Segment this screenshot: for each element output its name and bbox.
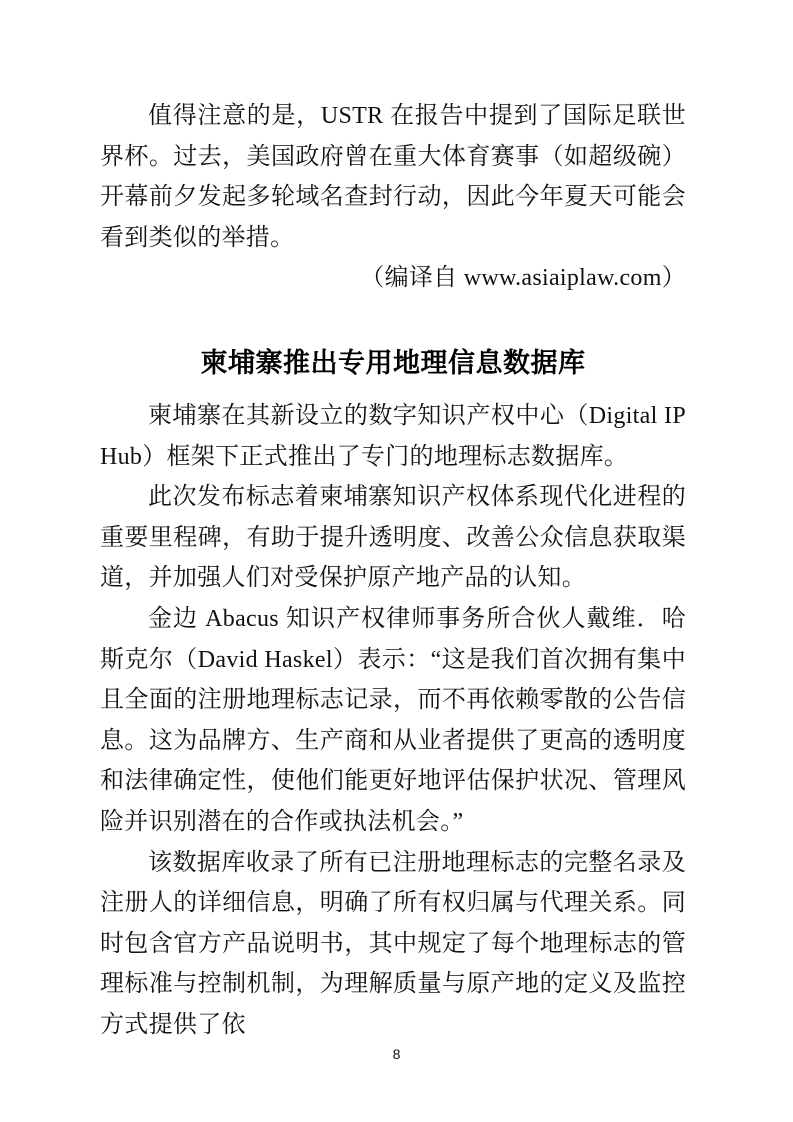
page-number: 8	[393, 1046, 401, 1062]
attribution-line: （编译自 www.asiaiplaw.com）	[100, 258, 686, 299]
article-paragraph-1: 柬埔寨在其新设立的数字知识产权中心（Digital IP Hub）框架下正式推出…	[100, 396, 686, 477]
page-content: 值得注意的是，USTR 在报告中提到了国际足联世界杯。过去，美国政府曾在重大体育…	[100, 96, 686, 1045]
article-paragraph-4: 该数据库收录了所有已注册地理标志的完整名录及注册人的详细信息，明确了所有权归属与…	[100, 843, 686, 1046]
previous-article-closing-paragraph: 值得注意的是，USTR 在报告中提到了国际足联世界杯。过去，美国政府曾在重大体育…	[100, 96, 686, 258]
article-title: 柬埔寨推出专用地理信息数据库	[100, 345, 686, 381]
article-paragraph-3: 金边 Abacus 知识产权律师事务所合伙人戴维．哈斯克尔（David Hask…	[100, 599, 686, 843]
document-page: 值得注意的是，USTR 在报告中提到了国际足联世界杯。过去，美国政府曾在重大体育…	[0, 0, 793, 1122]
article-paragraph-2: 此次发布标志着柬埔寨知识产权体系现代化进程的重要里程碑，有助于提升透明度、改善公…	[100, 477, 686, 599]
page-footer: 8	[0, 1044, 793, 1064]
